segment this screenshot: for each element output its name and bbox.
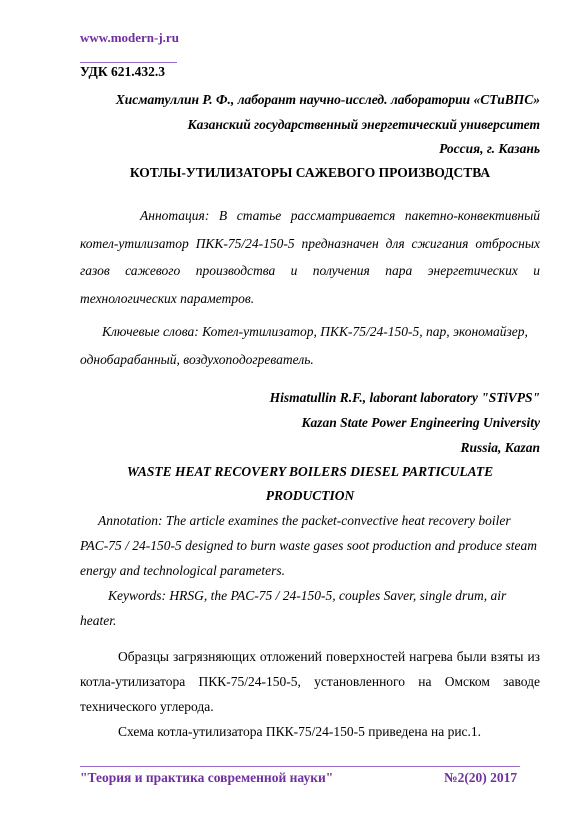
article-title-ru: КОТЛЫ-УТИЛИЗАТОРЫ САЖЕВОГО ПРОИЗВОДСТВА xyxy=(80,165,540,181)
article-title-en-line2: PRODUCTION xyxy=(80,488,540,504)
keywords-ru: Ключевые слова: Котел-утилизатор, ПКК-75… xyxy=(80,318,540,373)
author-en: Hismatullin R.F., laborant laboratory "S… xyxy=(270,390,540,406)
annotation-ru: Аннотация: В статье рассматривается паке… xyxy=(80,202,540,312)
footer-divider xyxy=(80,766,520,767)
issue-number: №2(20) 2017 xyxy=(444,770,517,786)
annotation-en: Annotation: The article examines the pac… xyxy=(80,508,540,583)
udk-code: УДК 621.432.3 xyxy=(80,64,165,80)
article-title-en-line1: WASTE HEAT RECOVERY BOILERS DIESEL PARTI… xyxy=(80,464,540,480)
website-link[interactable]: www.modern-j.ru xyxy=(80,30,179,46)
body-paragraph-1: Образцы загрязняющих отложений поверхнос… xyxy=(80,644,540,719)
location-en: Russia, Kazan xyxy=(460,440,540,456)
location-ru: Россия, г. Казань xyxy=(439,141,540,157)
author-ru: Хисматуллин Р. Ф., лаборант научно-иссле… xyxy=(116,92,540,108)
university-ru: Казанский государственный энергетический… xyxy=(187,117,540,133)
university-en: Kazan State Power Engineering University xyxy=(301,415,540,431)
header-divider xyxy=(80,62,177,63)
keywords-en: Keywords: HRSG, the PAC-75 / 24-150-5, c… xyxy=(80,583,540,633)
body-paragraph-2: Схема котла-утилизатора ПКК-75/24-150-5 … xyxy=(80,719,540,744)
journal-name: "Теория и практика современной науки" xyxy=(80,770,333,786)
